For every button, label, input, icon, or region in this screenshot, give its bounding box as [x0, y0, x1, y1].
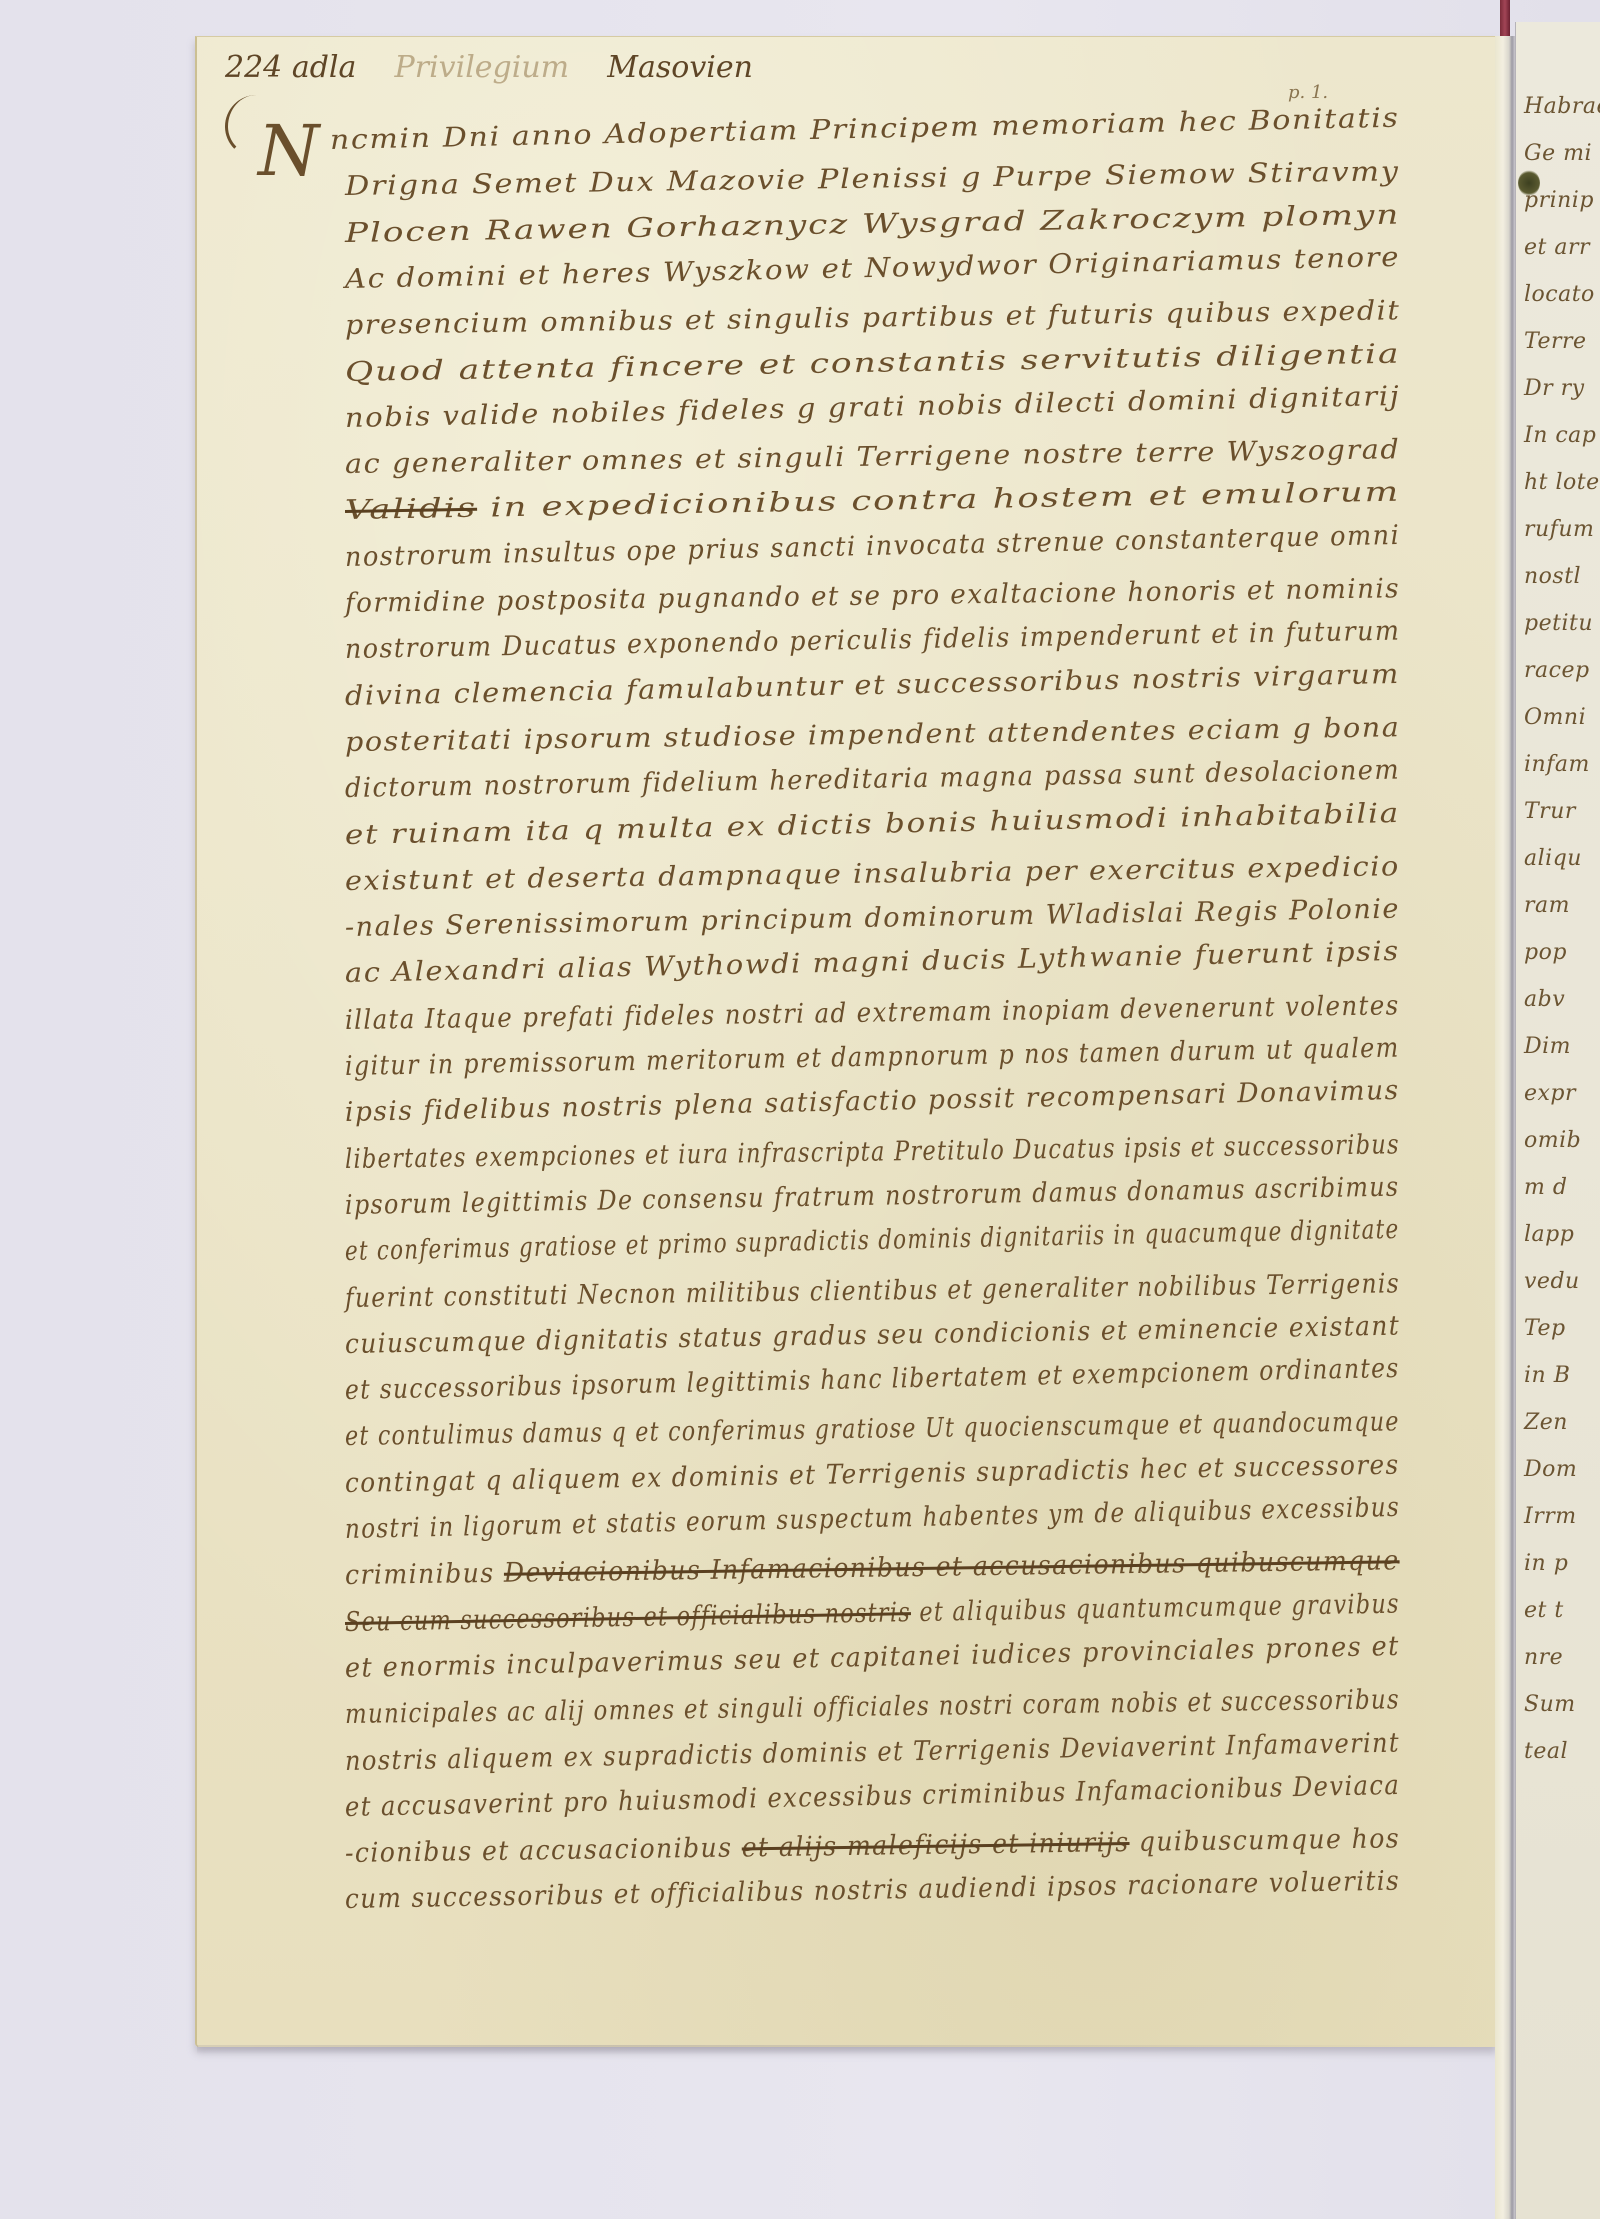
header-prefix: adla [292, 50, 357, 85]
header-faint-text: Privilegium [395, 50, 570, 85]
right-page-line: Trur [1524, 799, 1576, 824]
right-page-line: Tep [1524, 1316, 1566, 1341]
right-page-line: Dom [1524, 1457, 1577, 1482]
right-page-line: rufum [1524, 517, 1594, 542]
header-title: Masovien [607, 50, 753, 85]
right-page-line: Terre [1524, 329, 1587, 354]
right-page-line: Omni [1524, 705, 1586, 730]
right-page-line: omib [1524, 1128, 1581, 1153]
right-page-line: Dr ry [1524, 376, 1585, 401]
right-page-line: In cap [1524, 423, 1596, 448]
right-page-line: Dim [1524, 1034, 1571, 1059]
right-page-line: ram [1524, 893, 1570, 918]
folio-number: 224 [225, 50, 282, 85]
struck-text: Validis [345, 493, 478, 526]
right-page-line: locato [1524, 282, 1595, 307]
right-page-line: vedu [1524, 1269, 1580, 1294]
right-page-line: Habrae [1524, 94, 1600, 119]
right-page-line: aliqu [1524, 846, 1582, 871]
right-page-line: infam [1524, 752, 1590, 777]
right-page-line: et t [1524, 1598, 1564, 1623]
right-page-line: et arr [1524, 235, 1590, 260]
right-page-line: ht lote [1524, 470, 1600, 495]
bookmark-ribbon [1500, 0, 1510, 36]
right-page-line: racep [1524, 658, 1590, 683]
right-page-line: Sum [1524, 1692, 1576, 1717]
right-page-line: petitu [1524, 611, 1593, 636]
ink-stain [1518, 170, 1540, 196]
right-page-line: Zen [1524, 1410, 1568, 1435]
right-page-line: Ge mi [1524, 141, 1592, 166]
right-page-line: expr [1524, 1081, 1576, 1106]
right-page-line: m d [1524, 1175, 1567, 1200]
page-header: 224 adla Privilegium Masovien [225, 50, 753, 85]
right-page-line: abv [1524, 987, 1565, 1012]
right-page-line: pop [1524, 940, 1567, 965]
book-gutter [1495, 36, 1515, 2219]
initial-letter: N [258, 110, 319, 192]
right-manuscript-page-fragment: HabraeGe miprinipet arrlocatoTerreDr ryI… [1515, 22, 1600, 2219]
right-page-line: lapp [1524, 1222, 1574, 1247]
right-page-line: nostl [1524, 564, 1581, 589]
right-page-line: nre [1524, 1645, 1563, 1670]
struck-text: et alijs maleficijs et iniurijs [742, 1827, 1130, 1863]
folio-mark: p. 1. [1288, 82, 1328, 103]
right-page-line: in B [1524, 1363, 1570, 1388]
right-page-line: Irrm [1524, 1504, 1577, 1529]
right-page-line: in p [1524, 1551, 1568, 1576]
right-page-line: teal [1524, 1739, 1568, 1764]
